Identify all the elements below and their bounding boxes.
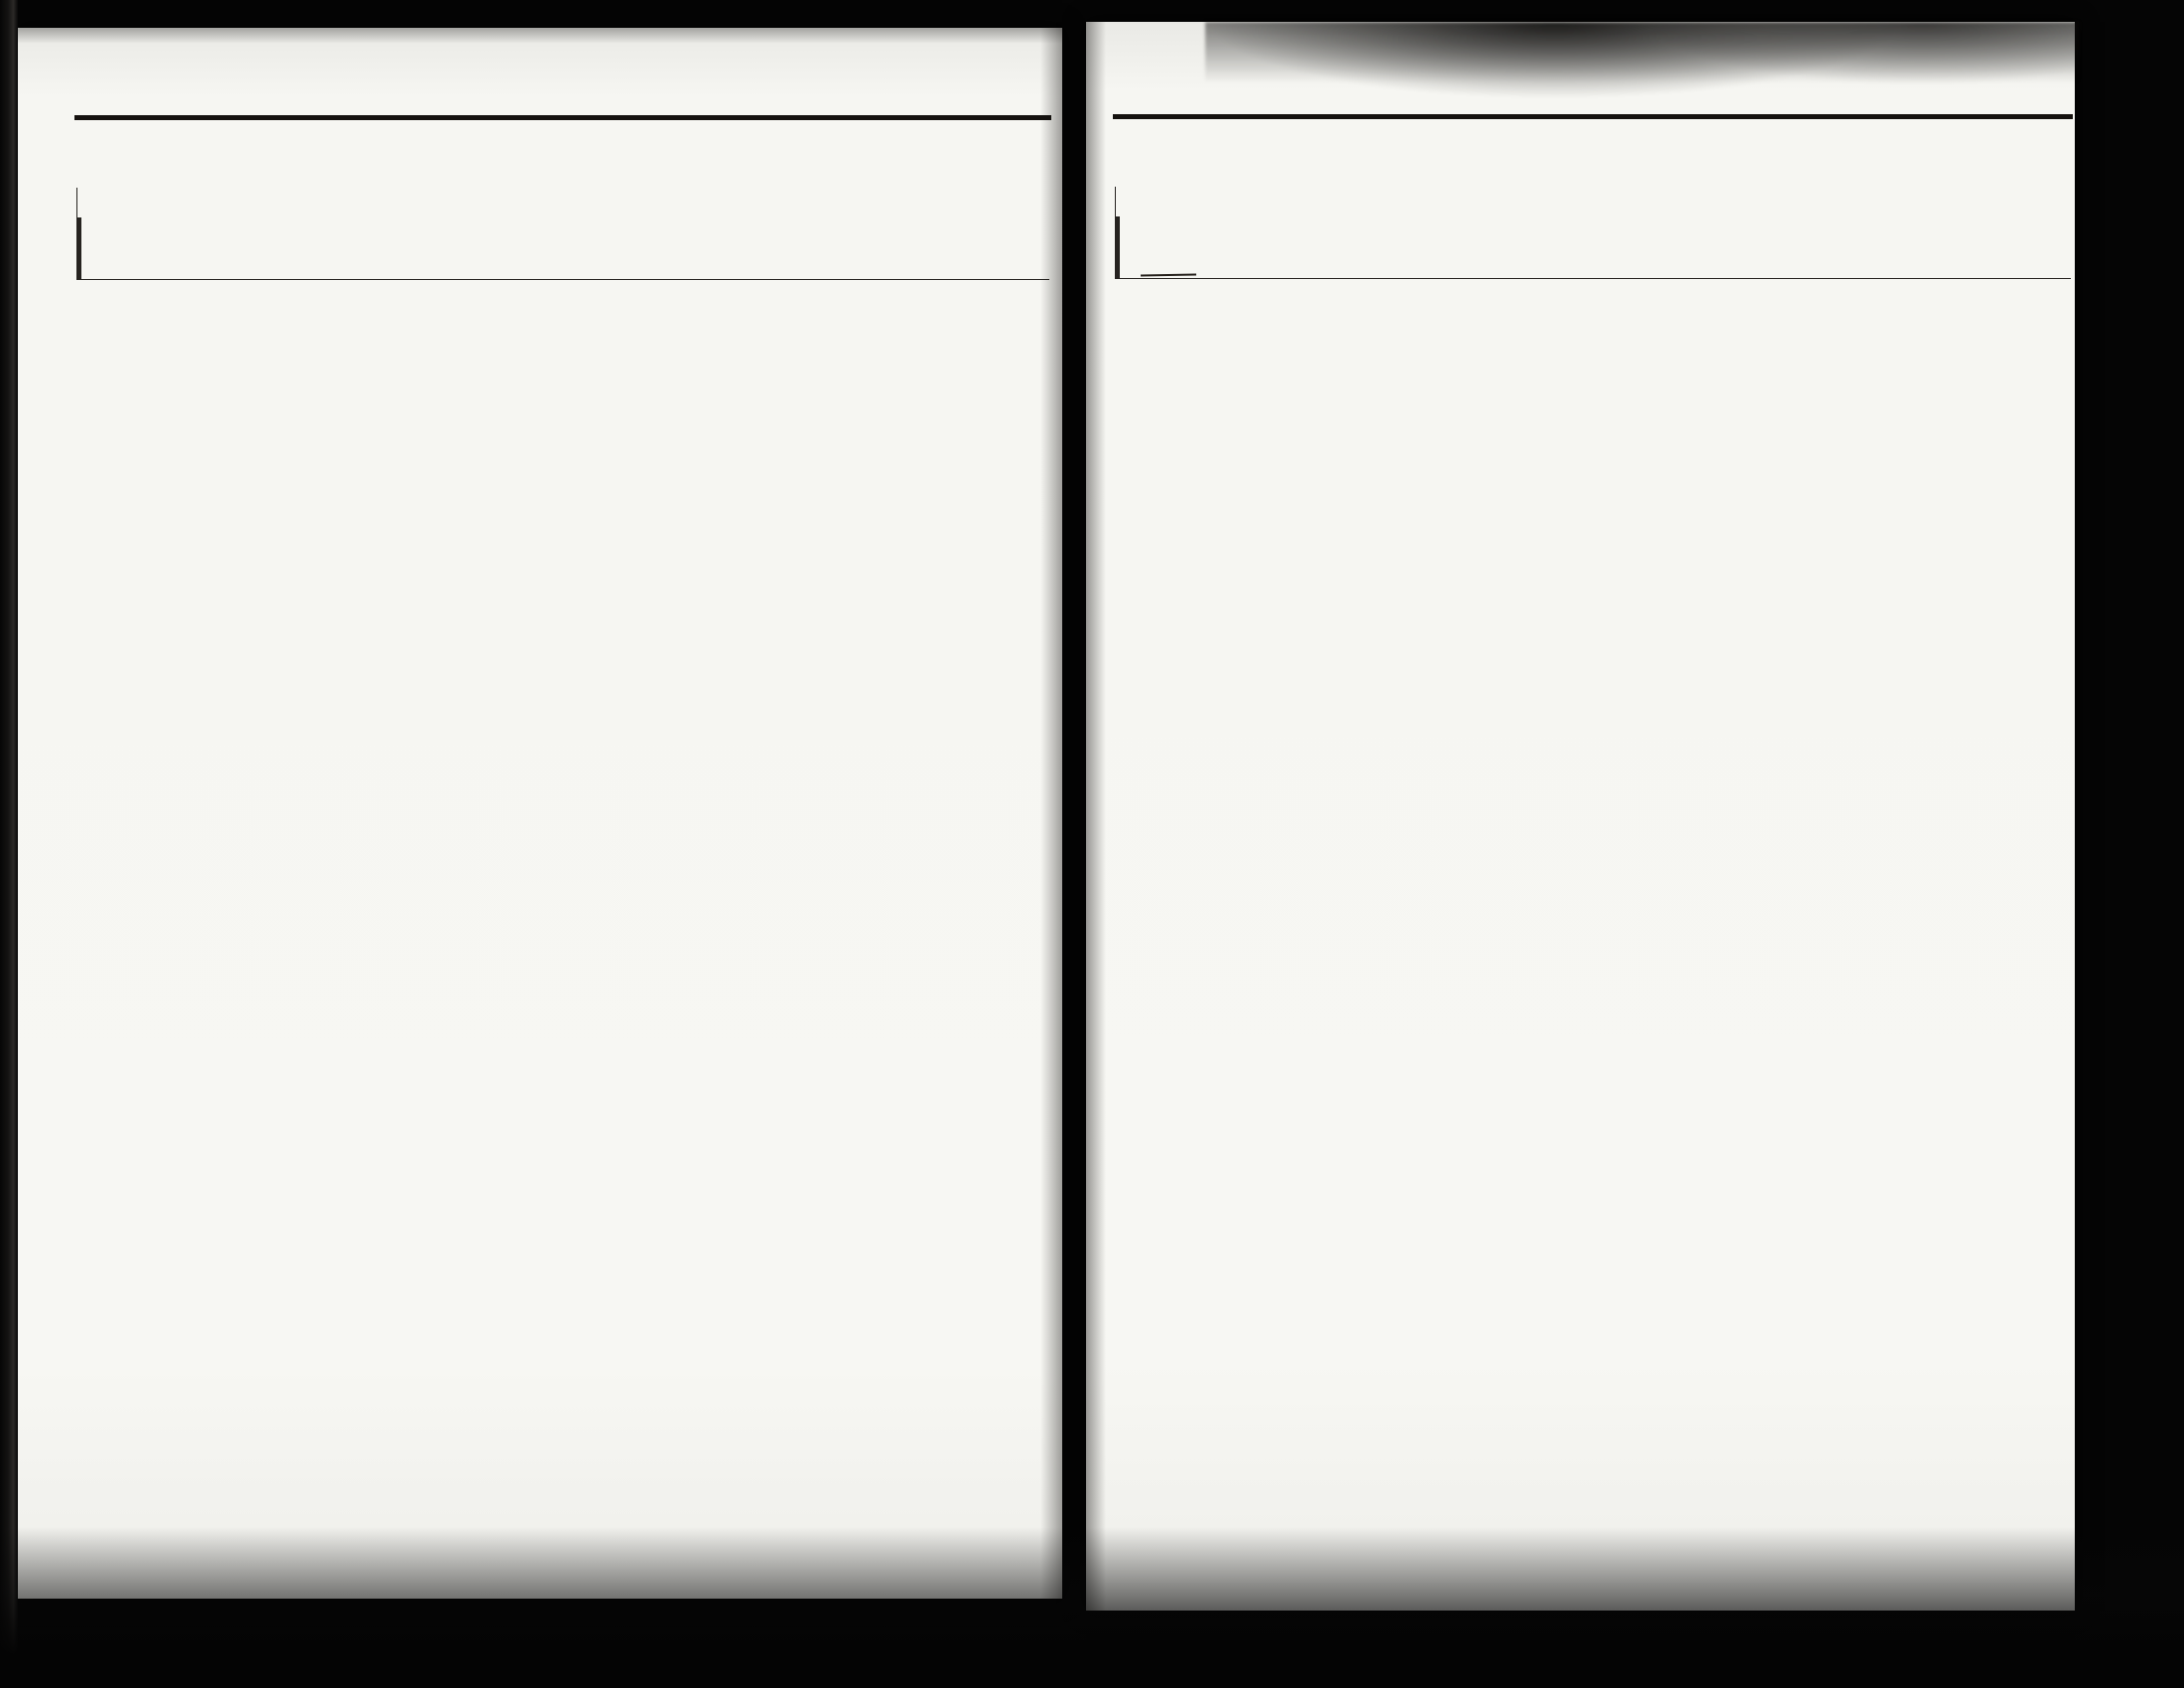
register-table (74, 115, 1051, 120)
register-page-left (18, 28, 1062, 1599)
book-spine-edge (0, 0, 18, 1688)
scan-top-shade (18, 28, 1062, 44)
scan-canvas: { "labels": { "namn": "N a m n.", "fodel… (0, 0, 2184, 1688)
scan-bottom-fade (0, 1527, 2184, 1688)
table-header (1115, 117, 2071, 279)
column-header-admitted (1115, 117, 1118, 278)
handwritten-village-name (1141, 272, 1196, 277)
table-header (76, 118, 1049, 280)
column-header-admitted (76, 118, 79, 279)
register-page-right (1086, 22, 2075, 1611)
register-table (1113, 114, 2073, 119)
